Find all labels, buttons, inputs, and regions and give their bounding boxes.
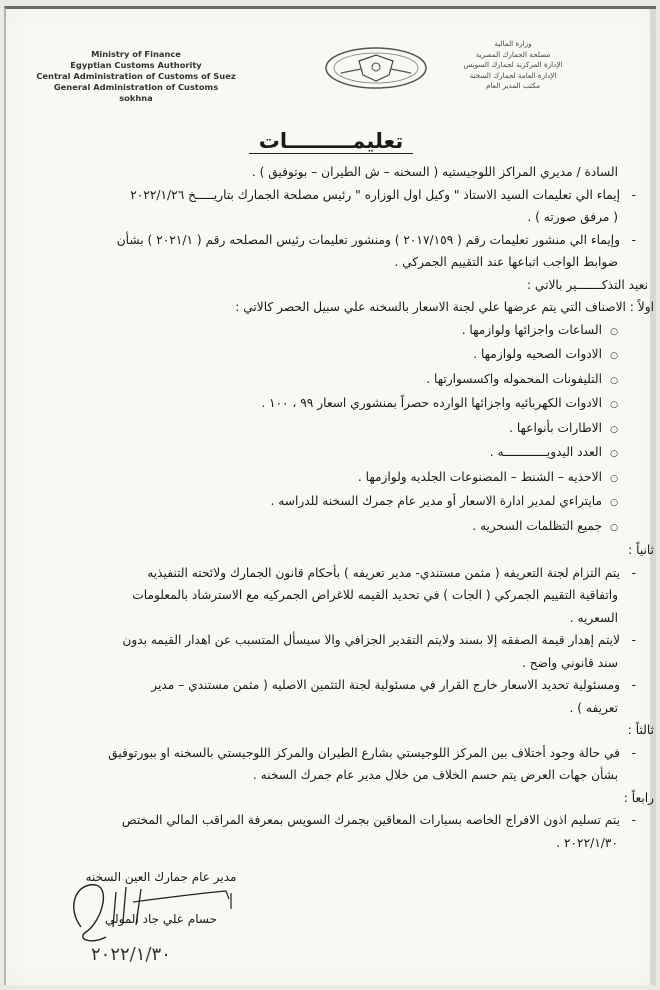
section-heading-second: ثانياً : [31,539,654,562]
letterhead-line: Egyptian Customs Authority [36,60,236,71]
list-item: -في حالة وجود أختلاف بين المركز اللوجيست… [31,742,636,765]
dash-bullet: - [620,674,636,697]
list-item: ○العدد اليدويــــــــــــه . [31,441,636,466]
list-item: -لايتم إهدار قيمة الصفقه إلا بسند ولايتم… [31,629,636,652]
letterhead-line: General Administration of Customs sokhna [36,82,236,104]
bullet-icon: ○ [602,394,618,417]
title-text: تعليمـــــــــات [249,129,414,154]
dash-bullet: - [620,629,636,652]
customs-emblem-icon [321,43,431,93]
dash-bullet: - [620,742,636,765]
letterhead-line: مصلحة الجمارك المصرية [428,50,598,61]
document-page: Ministry of Finance Egyptian Customs Aut… [4,6,656,985]
reference-line: -وإيماء الي منشور تعليمات رقم ( ٢٠١٧/١٥٩… [31,229,636,252]
list-item: ○الادوات الكهربائيه واجزائها الوارده حصر… [31,392,636,417]
dash-bullet: - [620,229,636,252]
english-letterhead: Ministry of Finance Egyptian Customs Aut… [36,49,236,104]
dash-bullet: - [620,562,636,585]
list-item: -ومسئولية تحديد الاسعار خارج القرار في م… [31,674,636,697]
list-item: ○الساعات واجزائها ولوازمها . [31,319,636,344]
dash-bullet: - [620,809,636,832]
list-item-continuation: تعريفه ) . [31,697,636,720]
letterhead-line: الإدارة العامة لجمارك السخنة [428,71,598,82]
list-item: -يتم تسليم اذون الافراج الخاصه بسيارات ا… [31,809,636,832]
document-title: تعليمـــــــــات [6,129,656,153]
bullet-icon: ○ [602,517,618,540]
list-item: -يتم التزام لجنة التعريفه ( مثمن مستندي-… [31,562,636,585]
signatory-title: مدير عام جمارك العين السخنه [61,867,261,887]
letterhead-line: Ministry of Finance [36,49,236,60]
section-heading-third: ثالثاً : [31,719,654,742]
reference-line: ضوابط الواجب اتباعها عند التقييم الجمركي… [31,251,636,274]
letterhead-line: مكتب المدير العام [428,81,598,92]
reference-line: ( مرفق صورته ) . [31,206,636,229]
letterhead-line: الإدارة المركزية لجمارك السويس [428,60,598,71]
page-edge [650,9,656,985]
list-item: ○جميع التظلمات السحريه . [31,515,636,540]
letterhead-line: Central Administration of Customs of Sue… [36,71,236,82]
section-heading-first: اولاً : الاصناف التي يتم عرضها علي لجنة … [31,296,654,319]
list-item: ○مايتراءي لمدير ادارة الاسعار أو مدير عا… [31,490,636,515]
list-item: ○الادوات الصحيه ولوازمها . [31,343,636,368]
document-body: السادة / مديري المراكز اللوجيستيه ( السخ… [31,161,636,854]
list-item-continuation: ٢٠٢٢/١/٣٠ . [31,832,636,855]
list-item-continuation: واتفاقية التقييم الجمركي ( الجات ) في تح… [31,584,636,607]
list-item-continuation: السعريه . [31,607,636,630]
bullet-icon: ○ [602,419,618,442]
signature-block: مدير عام جمارك العين السخنه حسام علي جاد… [61,867,261,929]
list-item-continuation: سند قانوني واضح . [31,652,636,675]
reminder-line: نعيد التذكـــــــير بالاتي : [31,274,648,297]
arabic-letterhead: وزارة المالية مصلحة الجمارك المصرية الإد… [428,39,598,92]
bullet-icon: ○ [602,345,618,368]
section-heading-fourth: رابعاً : [31,787,654,810]
bullet-icon: ○ [602,492,618,515]
list-item: ○الاطارات بأنواعها . [31,417,636,442]
list-item: ○الاحذيه – الشنط – المصنوعات الجلديه ولو… [31,466,636,491]
list-item: ○التليفونات المحموله واكسسوارتها . [31,368,636,393]
handwritten-date: ٢٠٢٢/١/٣٠ [91,944,171,965]
bullet-icon: ○ [602,370,618,393]
addressee: السادة / مديري المراكز اللوجيستيه ( السخ… [31,161,636,184]
signatory-name: حسام علي جاد المولي [61,909,261,929]
bullet-icon: ○ [602,468,618,491]
dash-bullet: - [620,184,636,207]
bullet-icon: ○ [602,321,618,344]
reference-line: -إيماء الي تعليمات السيد الاستاذ " وكيل … [31,184,636,207]
bullet-icon: ○ [602,443,618,466]
list-item-continuation: بشأن جهات العرض يتم حسم الخلاف من خلال م… [31,764,636,787]
letterhead-line: وزارة المالية [428,39,598,50]
